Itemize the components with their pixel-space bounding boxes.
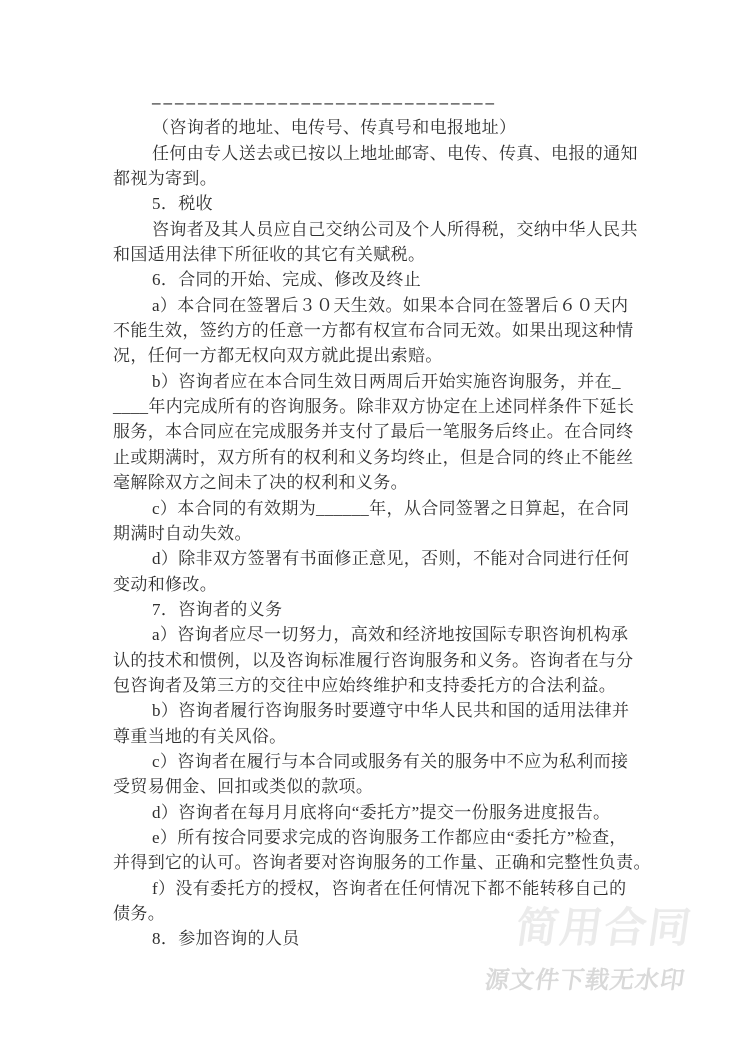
contract-line-clause-b: b）咨询者应在本合同生效日两周后开始实施咨询服务，并在_ bbox=[113, 369, 637, 394]
contract-line-clause-d: d）除非双方签署有书面修正意见，否则，不能对合同进行任何 bbox=[113, 546, 637, 571]
contract-line-clause-a: a）咨询者应尽一切努力，高效和经济地按国际专职咨询机构承 bbox=[113, 622, 637, 647]
section-heading-5-tax: 5．税收 bbox=[113, 191, 637, 216]
contract-line: 债务。 bbox=[113, 901, 637, 926]
contract-line: 包咨询者及第三方的交往中应始终维护和支持委托方的合法利益。 bbox=[113, 673, 637, 698]
contract-line: 毫解除双方之间未了决的权利和义务。 bbox=[113, 470, 637, 495]
contract-line-clause-c: c）本合同的有效期为______年，从合同签署之日算起，在合同 bbox=[113, 496, 637, 521]
contract-line-clause-b: b）咨询者履行咨询服务时要遵守中华人民共和国的适用法律并 bbox=[113, 698, 637, 723]
contract-line: 不能生效，签约方的任意一方都有权宣布合同无效。如果出现这种情 bbox=[113, 318, 637, 343]
contract-line-clause-a: a）本合同在签署后３０天生效。如果本合同在签署后６０天内 bbox=[113, 293, 637, 318]
contract-line-address-note: （咨询者的地址、电传号、传真号和电报地址） bbox=[113, 115, 637, 140]
contract-line: 服务，本合同应在完成服务并支付了最后一笔服务后终止。在合同终 bbox=[113, 419, 637, 444]
section-heading-8-personnel: 8．参加咨询的人员 bbox=[113, 926, 637, 951]
contract-line: 任何由专人送去或已按以上地址邮寄、电传、传真、电报的通知 bbox=[113, 141, 637, 166]
section-heading-7-obligations: 7．咨询者的义务 bbox=[113, 597, 637, 622]
contract-line: 变动和修改。 bbox=[113, 572, 637, 597]
contract-line: ____年内完成所有的咨询服务。除非双方协定在上述同样条件下延长 bbox=[113, 394, 637, 419]
contract-line: 咨询者及其人员应自己交纳公司及个人所得税，交纳中华人民共 bbox=[113, 217, 637, 242]
contract-line: 并得到它的认可。咨询者要对咨询服务的工作量、正确和完整性负责。 bbox=[113, 850, 637, 875]
contract-body: –––––––––––––––––––––––––––––– （咨询者的地址、电… bbox=[113, 90, 637, 952]
contract-line: 止或期满时，双方所有的权利和义务均终止，但是合同的终止不能丝 bbox=[113, 445, 637, 470]
section-heading-6-term: 6．合同的开始、完成、修改及终止 bbox=[113, 267, 637, 292]
contract-line-clause-c: c）咨询者在履行与本合同或服务有关的服务中不应为私利而接 bbox=[113, 749, 637, 774]
contract-line: 都视为寄到。 bbox=[113, 166, 637, 191]
contract-line-clause-d: d）咨询者在每月月底将向“委托方”提交一份服务进度报告。 bbox=[113, 800, 637, 825]
dashed-separator: –––––––––––––––––––––––––––––– bbox=[113, 90, 637, 115]
contract-line: 尊重当地的有关风俗。 bbox=[113, 724, 637, 749]
contract-line: 期满时自动失效。 bbox=[113, 521, 637, 546]
contract-line-clause-e: e）所有按合同要求完成的咨询服务工作都应由“委托方”检查， bbox=[113, 825, 637, 850]
watermark-subtitle: 源文件下载无水印 bbox=[483, 960, 688, 995]
contract-line: 和国适用法律下所征收的其它有关赋税。 bbox=[113, 242, 637, 267]
contract-line: 认的技术和惯例，以及咨询标准履行咨询服务和义务。咨询者在与分 bbox=[113, 648, 637, 673]
contract-line-clause-f: f）没有委托方的授权，咨询者在任何情况下都不能转移自己的 bbox=[113, 876, 637, 901]
contract-line: 受贸易佣金、回扣或类似的款项。 bbox=[113, 774, 637, 799]
contract-line: 况，任何一方都无权向双方就此提出索赔。 bbox=[113, 343, 637, 368]
document-page: –––––––––––––––––––––––––––––– （咨询者的地址、电… bbox=[0, 0, 742, 1049]
